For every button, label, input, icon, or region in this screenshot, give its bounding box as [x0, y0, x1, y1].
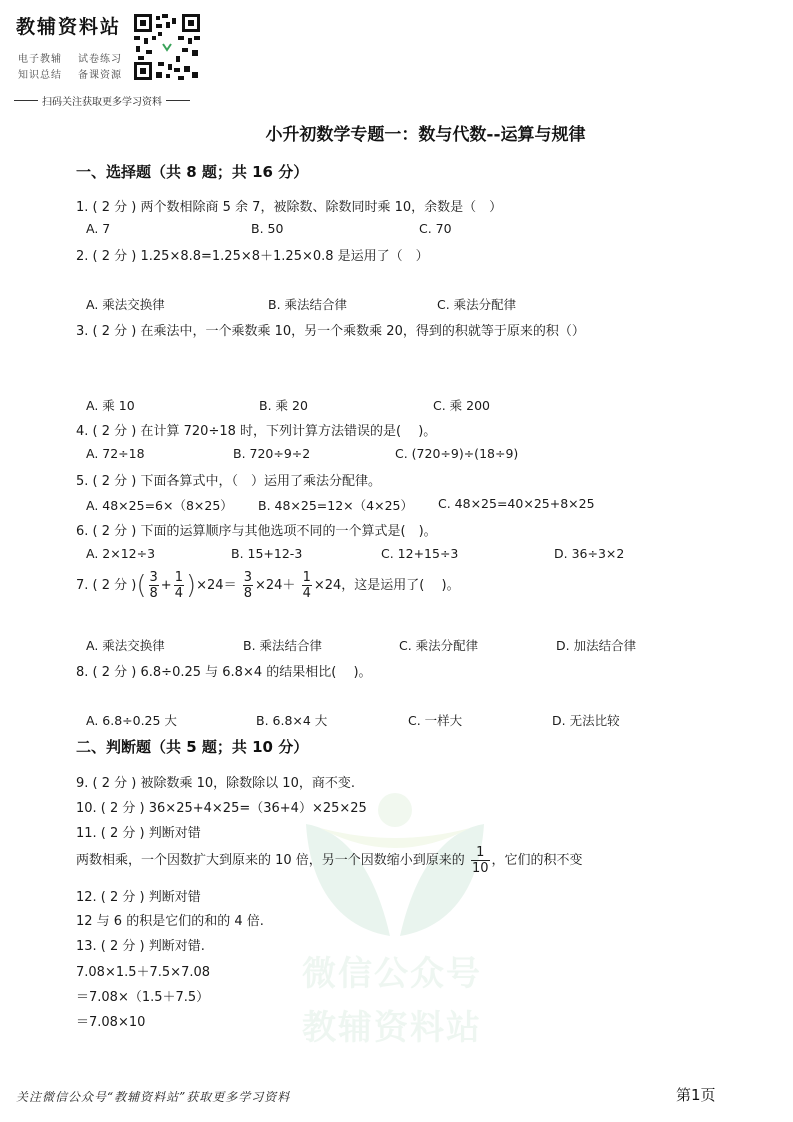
question-prefix: 1. ( 2 分 ) — [76, 200, 136, 215]
option-c: C. 70 — [419, 221, 452, 236]
option-b: B. 乘法结合律 — [268, 295, 347, 313]
question-prefix: 6. ( 2 分 ) — [76, 524, 136, 539]
question-11: 11. ( 2 分 ) 判断对错 — [76, 822, 201, 841]
brand-tag: 知识总结 — [18, 66, 62, 81]
question-12: 12. ( 2 分 ) 判断对错 — [76, 886, 201, 905]
question-6: 6. ( 2 分 ) 下面的运算顺序与其他选项不同的一个算式是( )。 — [76, 520, 437, 539]
option-c: C. 12+15÷3 — [381, 546, 458, 561]
question-text: 判断对错 — [149, 890, 201, 905]
question-11-body: 两数相乘，一个因数扩大到原来的 10 倍，另一个因数缩小到原来的 110，它们的… — [76, 846, 583, 875]
question-prefix: 4. ( 2 分 ) — [76, 424, 136, 439]
option-b: B. 6.8×4 大 — [256, 711, 327, 729]
option-b: B. 乘 20 — [259, 396, 308, 414]
right-paren: ) — [186, 571, 196, 601]
option-a: A. 乘 10 — [86, 396, 135, 414]
question-prefix: 2. ( 2 分 ) — [76, 249, 136, 264]
divider — [14, 100, 38, 101]
question-prefix: 12. ( 2 分 ) — [76, 890, 145, 905]
question-13-line-3: ＝7.08×10 — [76, 1011, 145, 1030]
page-number: 第1页 — [676, 1084, 716, 1105]
divider — [166, 100, 190, 101]
option-a: A. 48×25=6×（8×25） — [86, 496, 233, 514]
option-d: D. 无法比较 — [552, 711, 620, 729]
option-c: C. 乘法分配律 — [437, 295, 516, 313]
footer-note: 关注微信公众号“教辅资料站”获取更多学习资料 — [16, 1088, 290, 1105]
option-b: B. 乘法结合律 — [243, 636, 322, 654]
question-13-line-2: ＝7.08×（1.5＋7.5） — [76, 986, 209, 1005]
fraction: 38 — [243, 571, 253, 600]
question-9: 9. ( 2 分 ) 被除数乘 10，除数除以 10，商不变. — [76, 772, 355, 791]
option-a: A. 乘法交换律 — [86, 636, 165, 654]
fraction: 14 — [302, 571, 312, 600]
option-a: A. 乘法交换律 — [86, 295, 165, 313]
question-text: 6.8÷0.25 与 6.8×4 的结果相比( )。 — [141, 665, 372, 680]
brand-tag: 备课资源 — [78, 66, 122, 81]
question-13-line-1: 7.08×1.5＋7.5×7.08 — [76, 961, 210, 980]
option-b: B. 50 — [251, 221, 283, 236]
question-prefix: 8. ( 2 分 ) — [76, 665, 136, 680]
question-prefix: 7. ( 2 分 ) — [76, 578, 136, 593]
scan-prompt: 扫码关注获取更多学习资料 — [14, 93, 190, 108]
option-d: D. 36÷3×2 — [554, 546, 624, 561]
watermark-text-line2: 教辅资料站 — [302, 1000, 482, 1049]
question-8: 8. ( 2 分 ) 6.8÷0.25 与 6.8×4 的结果相比( )。 — [76, 661, 372, 680]
question-text: 被除数乘 10，除数除以 10，商不变. — [141, 776, 355, 791]
option-b: B. 720÷9÷2 — [233, 446, 310, 461]
question-text: 1.25×8.8=1.25×8＋1.25×0.8 是运用了（ ） — [141, 249, 429, 264]
option-c: C. (720÷9)÷(18÷9) — [395, 446, 518, 461]
question-text: 判断对错. — [149, 939, 205, 954]
fraction: 38 — [149, 571, 159, 600]
question-text: 在乘法中，一个乘数乘 10，另一个乘数乘 20，得到的积就等于原来的积（） — [141, 324, 585, 339]
document-title: 小升初数学专题一：数与代数--运算与规律 — [0, 120, 793, 145]
brand-name: 教辅资料站 — [16, 12, 121, 39]
question-2: 2. ( 2 分 ) 1.25×8.8=1.25×8＋1.25×0.8 是运用了… — [76, 245, 429, 264]
option-a: A. 7 — [86, 221, 110, 236]
question-4: 4. ( 2 分 ) 在计算 720÷18 时，下列计算方法错误的是( )。 — [76, 420, 436, 439]
option-c: C. 乘法分配律 — [399, 636, 478, 654]
scan-prompt-text: 扫码关注获取更多学习资料 — [42, 93, 162, 108]
question-prefix: 13. ( 2 分 ) — [76, 939, 145, 954]
question-13: 13. ( 2 分 ) 判断对错. — [76, 935, 205, 954]
brand-tag: 电子教辅 — [18, 50, 62, 65]
question-12-body: 12 与 6 的积是它们的和的 4 倍. — [76, 910, 264, 929]
left-paren: ( — [136, 571, 146, 601]
question-text: 下面各算式中，（ ）运用了乘法分配律。 — [141, 474, 382, 489]
question-text: 下面的运算顺序与其他选项不同的一个算式是( )。 — [141, 524, 437, 539]
fraction: 14 — [174, 571, 184, 600]
option-c: C. 乘 200 — [433, 396, 490, 414]
question-prefix: 11. ( 2 分 ) — [76, 826, 145, 841]
option-a: A. 72÷18 — [86, 446, 145, 461]
question-7: 7. ( 2 分 )(38+14)×24＝ 38×24＋ 14×24，这是运用了… — [76, 571, 460, 600]
section-heading-judgement: 二、判断题（共 5 题；共 10 分） — [76, 736, 308, 757]
option-b: B. 15+12-3 — [231, 546, 302, 561]
question-prefix: 10. ( 2 分 ) — [76, 801, 145, 816]
option-a: A. 6.8÷0.25 大 — [86, 711, 177, 729]
qr-code-icon — [134, 14, 200, 80]
question-5: 5. ( 2 分 ) 下面各算式中，（ ）运用了乘法分配律。 — [76, 470, 381, 489]
option-b: B. 48×25=12×（4×25） — [258, 496, 413, 514]
question-prefix: 9. ( 2 分 ) — [76, 776, 136, 791]
question-1: 1. ( 2 分 ) 两个数相除商 5 余 7，被除数、除数同时乘 10，余数是… — [76, 196, 502, 215]
question-10: 10. ( 2 分 ) 36×25+4×25=（36+4）×25×25 — [76, 797, 367, 816]
option-d: D. 加法结合律 — [556, 636, 636, 654]
brand-tag: 试卷练习 — [78, 50, 122, 65]
question-text: 36×25+4×25=（36+4）×25×25 — [149, 801, 367, 816]
option-c: C. 一样大 — [408, 711, 462, 729]
watermark-text-line1: 微信公众号 — [302, 946, 482, 995]
question-3: 3. ( 2 分 ) 在乘法中，一个乘数乘 10，另一个乘数乘 20，得到的积就… — [76, 320, 585, 339]
section-heading-choice: 一、选择题（共 8 题；共 16 分） — [76, 161, 308, 182]
question-prefix: 5. ( 2 分 ) — [76, 474, 136, 489]
question-prefix: 3. ( 2 分 ) — [76, 324, 136, 339]
fraction: 110 — [471, 846, 490, 875]
option-c: C. 48×25=40×25+8×25 — [438, 496, 595, 511]
question-text: 在计算 720÷18 时，下列计算方法错误的是( )。 — [141, 424, 437, 439]
question-text: 判断对错 — [149, 826, 201, 841]
question-text: 两个数相除商 5 余 7，被除数、除数同时乘 10，余数是（ ） — [141, 200, 503, 215]
option-a: A. 2×12÷3 — [86, 546, 155, 561]
